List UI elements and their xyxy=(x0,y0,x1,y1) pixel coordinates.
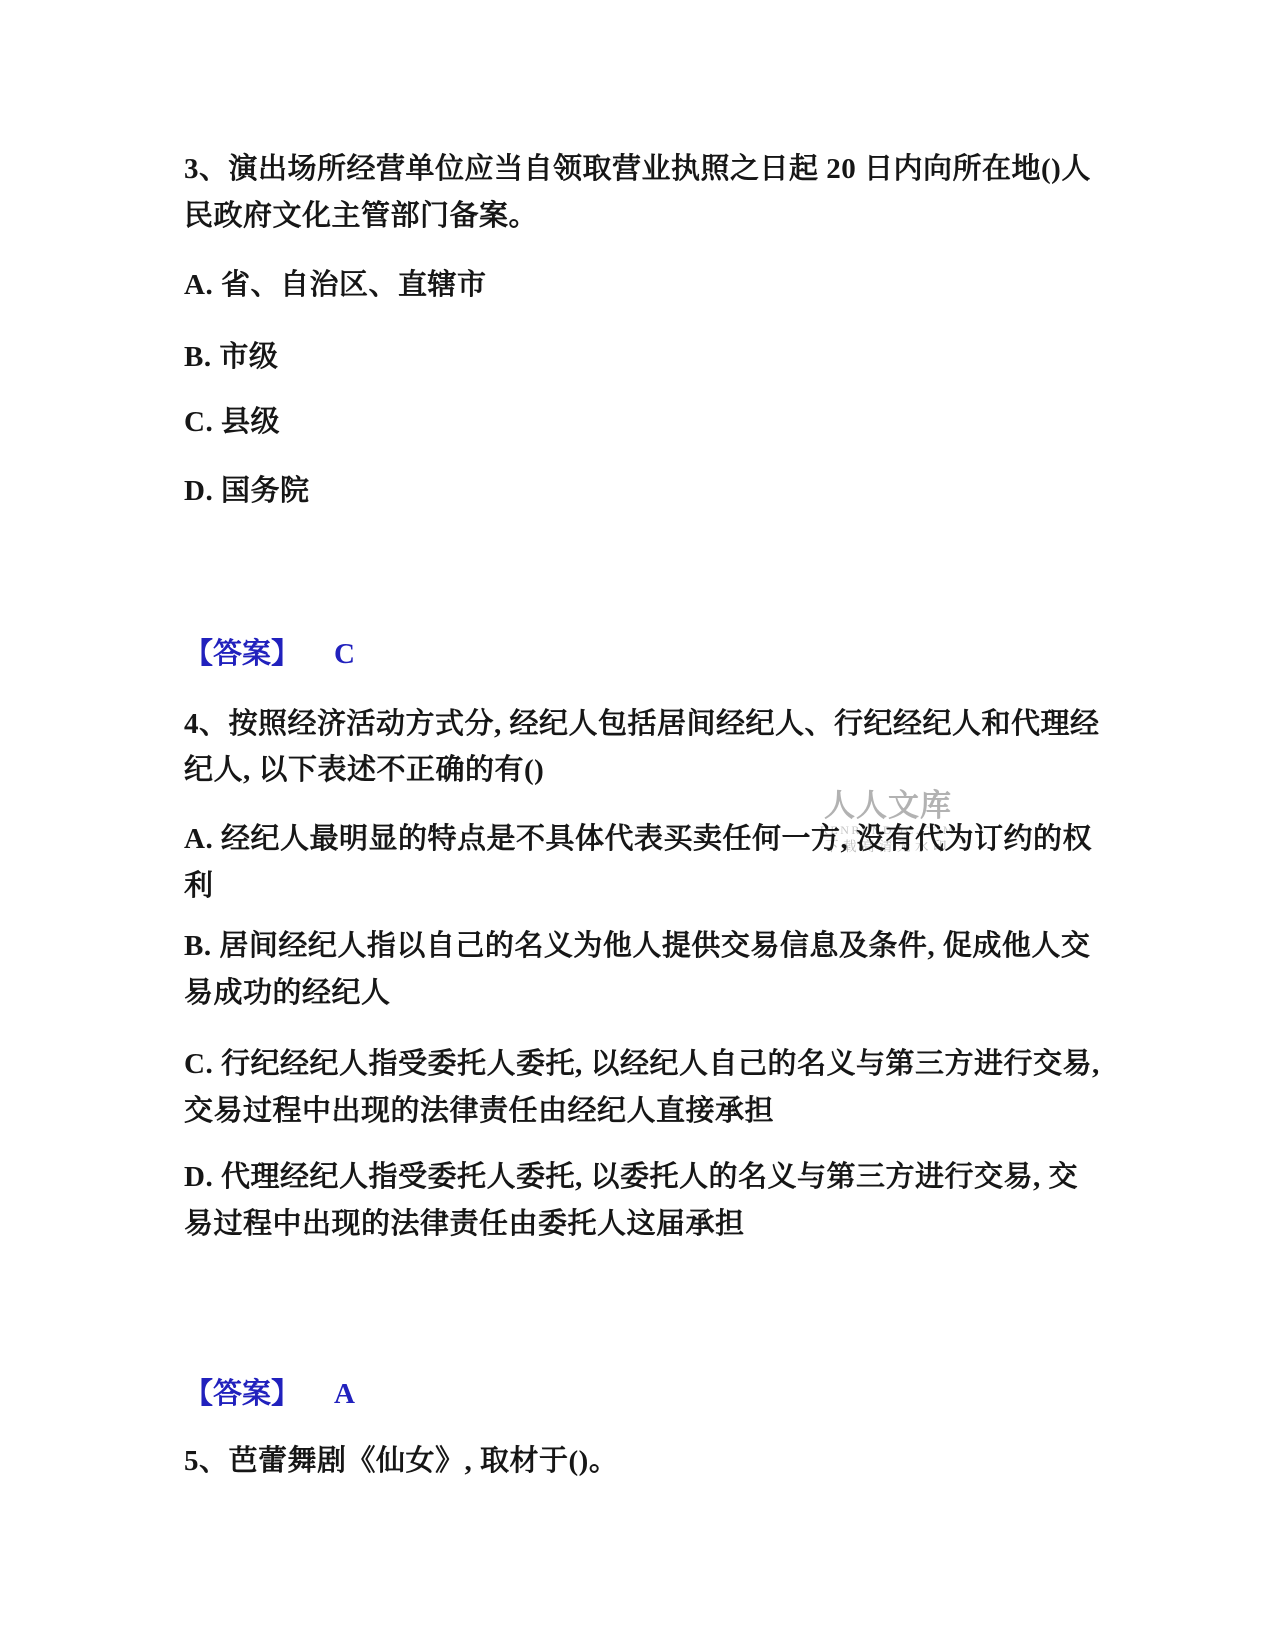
question-3-option-a: A. 省、自治区、直辖市 xyxy=(184,262,1086,309)
question-4-option-d-line-1: D. 代理经纪人指受委托人委托, 以委托人的名义与第三方进行交易, 交 xyxy=(184,1154,1086,1201)
question-5-stem-line-1: 5、芭蕾舞剧《仙女》, 取材于()。 xyxy=(184,1438,1086,1485)
question-3-option-a-text: A. 省、自治区、直辖市 xyxy=(184,262,1086,309)
question-4-option-b: B. 居间经纪人指以自己的名义为他人提供交易信息及条件, 促成他人交 易成功的经… xyxy=(184,923,1086,1017)
question-4-option-c-line-2: 交易过程中出现的法律责任由经纪人直接承担 xyxy=(184,1088,1086,1135)
question-4-stem-line-2: 纪人, 以下表述不正确的有() xyxy=(184,747,1086,793)
question-4-answer: 【答案】A xyxy=(184,1374,355,1414)
question-3-option-d: D. 国务院 xyxy=(184,468,1086,515)
answer-label: 【答案】 xyxy=(184,638,300,670)
question-4-option-d-line-2: 易过程中出现的法律责任由委托人这届承担 xyxy=(184,1201,1086,1248)
question-3-stem-line-1: 3、演出场所经营单位应当自领取营业执照之日起 20 日内向所在地()人 xyxy=(184,146,1086,193)
question-3-option-b: B. 市级 xyxy=(184,334,1086,381)
answer-label: 【答案】 xyxy=(184,1378,300,1410)
question-4-option-a: A. 经纪人最明显的特点是不具体代表买卖任何一方, 没有代为订约的权 利 xyxy=(184,816,1086,910)
question-4-option-c: C. 行纪经纪人指受委托人委托, 以经纪人自己的名义与第三方进行交易, 交易过程… xyxy=(184,1041,1086,1135)
question-3-option-c-text: C. 县级 xyxy=(184,399,1086,446)
question-4-option-b-line-1: B. 居间经纪人指以自己的名义为他人提供交易信息及条件, 促成他人交 xyxy=(184,923,1086,970)
question-3-option-b-text: B. 市级 xyxy=(184,334,1086,381)
question-4-answer-letter: A xyxy=(334,1374,355,1414)
question-3-stem-line-2: 民政府文化主管部门备案。 xyxy=(184,193,1086,240)
question-4-option-a-line-2: 利 xyxy=(184,863,1086,910)
question-3-option-d-text: D. 国务院 xyxy=(184,468,1086,515)
question-4-option-b-line-2: 易成功的经纪人 xyxy=(184,970,1086,1017)
question-5-stem: 5、芭蕾舞剧《仙女》, 取材于()。 xyxy=(184,1438,1086,1485)
question-4-stem: 4、按照经济活动方式分, 经纪人包括居间经纪人、行纪经纪人和代理经 纪人, 以下… xyxy=(184,701,1086,793)
question-4-option-a-line-1: A. 经纪人最明显的特点是不具体代表买卖任何一方, 没有代为订约的权 xyxy=(184,816,1086,863)
exam-document-page: 人人文库 RENRENDOC.COM 下载高清无水印 3、演出场所经营单位应当自… xyxy=(0,0,1275,1650)
question-4-option-d: D. 代理经纪人指受委托人委托, 以委托人的名义与第三方进行交易, 交 易过程中… xyxy=(184,1154,1086,1248)
question-4-option-c-line-1: C. 行纪经纪人指受委托人委托, 以经纪人自己的名义与第三方进行交易, xyxy=(184,1041,1086,1088)
question-3-option-c: C. 县级 xyxy=(184,399,1086,446)
question-4-stem-line-1: 4、按照经济活动方式分, 经纪人包括居间经纪人、行纪经纪人和代理经 xyxy=(184,701,1086,747)
question-3-stem: 3、演出场所经营单位应当自领取营业执照之日起 20 日内向所在地()人 民政府文… xyxy=(184,146,1086,240)
question-3-answer: 【答案】C xyxy=(184,634,355,674)
question-3-answer-letter: C xyxy=(334,634,355,674)
